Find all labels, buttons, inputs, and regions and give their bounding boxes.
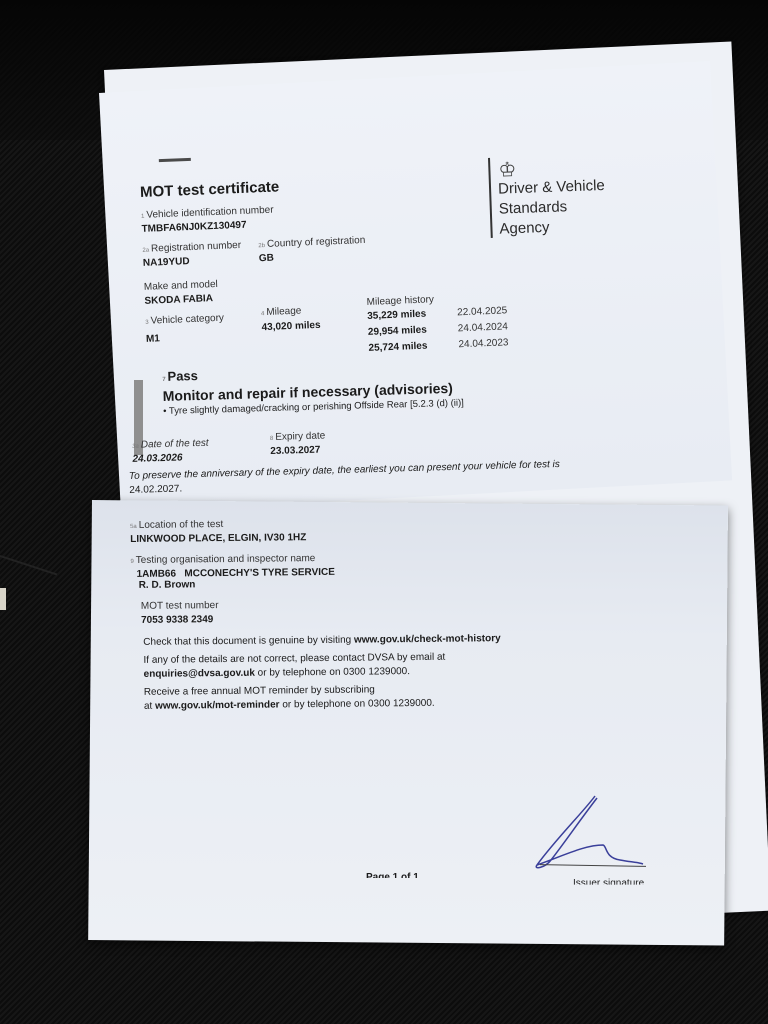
mileage-value: 43,020 miles	[261, 320, 320, 333]
vehicle-category-value: M1	[146, 333, 160, 345]
mileage-label: 4Mileage	[261, 306, 302, 319]
registration-value: NA19YUD	[143, 256, 190, 269]
test-number-value: 7053 9338 2349	[141, 611, 551, 626]
issuer-signature	[525, 790, 655, 875]
expiry-date-label: 8Expiry date	[270, 430, 326, 443]
agency-name: Driver & Vehicle Standards Agency	[498, 175, 640, 240]
tester-label: 9Testing organisation and inspector name	[130, 551, 550, 566]
dvsa-email-link[interactable]: enquiries@dvsa.gov.uk	[144, 668, 255, 680]
test-result: 7Pass Monitor and repair if necessary (a…	[126, 356, 619, 500]
test-details: 5aLINKWOOD PLACE, ELGIN, IV30 1HZLocatio…	[130, 516, 552, 714]
mileage-history-list: 35,229 miles 22.04.2025 29,954 miles 24.…	[367, 303, 569, 359]
expiry-date-value: 23.03.2027	[270, 445, 320, 457]
location-value: LINKWOOD PLACE, ELGIN, IV30 1HZ	[130, 530, 550, 545]
mot-reminder-link[interactable]: www.gov.uk/mot-reminder	[155, 699, 280, 711]
contact-text: If any of the details are not correct, p…	[143, 650, 551, 682]
genuine-check-text: Check that this document is genuine by v…	[143, 632, 551, 650]
seat-seam	[0, 555, 57, 575]
test-number-label: MOT test number	[141, 597, 551, 612]
test-date-value: 24.03.2026	[132, 452, 182, 464]
test-date-label: 3aDate of the test	[132, 438, 209, 451]
check-mot-history-link[interactable]: www.gov.uk/check-mot-history	[354, 633, 501, 646]
seat-label-tag	[0, 588, 6, 610]
reminder-text: Receive a free annual MOT reminder by su…	[144, 682, 552, 714]
country-value: GB	[259, 253, 274, 265]
